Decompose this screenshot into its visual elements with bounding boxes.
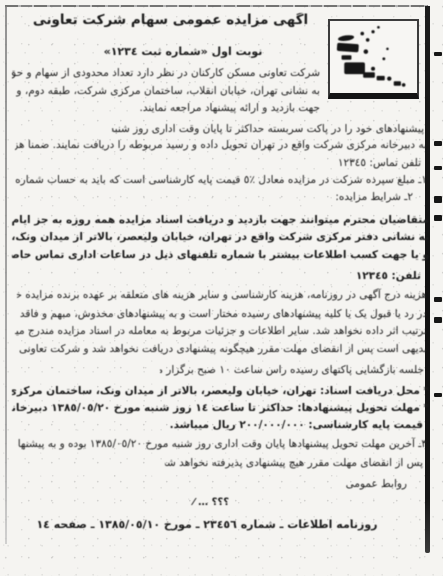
text-line: ١ـ مبلغ سپرده شرکت در مزایده معادل ٪٥ قی… (14, 173, 427, 187)
notice-title: آگهی مزایده عمومی سهام شرکت تعاونی (23, 13, 318, 27)
separator-line: ؟؟؟ … ⁄ (170, 496, 252, 510)
text-line: پس از انقضای مهلت مقرر هیچ پیشنهادی پذیر… (165, 456, 423, 470)
text-line: تلفن: ١٢٣٤٥ (317, 269, 421, 283)
text-line: ترتیب اثر داده نخواهد شد. سایر اطلاعات و… (15, 324, 427, 338)
notice-border-top (5, 5, 428, 7)
text-line: * محل دریافت اسناد: تهران، خیابان ولیعصر… (12, 384, 429, 398)
text-line: ٢ـ شرایط مزایده: (301, 190, 413, 204)
cutoff-text-mark (434, 317, 442, 323)
text-line: جلسه بازگشایی پاکتهای رسیده راس ساعت ١٠ … (160, 363, 424, 377)
notice-subtitle: نوبت اول «شماره ثبت ١٢٣٤» (58, 45, 308, 59)
masthead-emblem-icon (330, 21, 417, 93)
text-line: ٣ـ آخرین مهلت تحویل پیشنهادها پایان وقت … (17, 437, 427, 451)
text-line: پیشنهادهای خود را در پاکت سربسته حداکثر … (112, 122, 424, 136)
cutoff-text-mark (434, 393, 442, 397)
text-line: به نشانی تهران، خیابان انقلاب، ساختمان م… (16, 84, 320, 98)
source-footer-line: روزنامه اطلاعات ـ شماره ٢٣٤٥٦ ـ مورخ ١٣٨… (14, 518, 400, 532)
text-line: هزینه درج آگهی در روزنامه، هزینه کارشناس… (17, 288, 427, 302)
cutoff-text-mark (434, 297, 442, 302)
text-line: تلفن تماس: ١٢٣٤٥ (299, 156, 421, 170)
text-line: به نشانی دفتر مرکزی شرکت واقع در تهران، … (12, 230, 429, 244)
cutoff-text-mark (434, 52, 442, 56)
cutoff-text-mark (434, 196, 442, 203)
cutoff-text-mark (434, 215, 442, 221)
masthead-emblem-box (328, 19, 419, 99)
text-line: متقاضیان محترم میتوانند جهت بازدید و دری… (12, 213, 429, 227)
cutoff-text-mark (434, 166, 442, 170)
column-rule (425, 6, 430, 553)
text-line: بدیهی است پس از انقضای مهلت مقرر هیچگونه… (17, 342, 427, 356)
text-line: قیمت پایه کارشناسی: ٢٠٠/٠٠٠/٠٠٠ ریال میب… (137, 418, 423, 432)
signature-line: روابط عمومی (307, 477, 407, 491)
text-line: و یا جهت کسب اطلاعات بیشتر با شماره تلفن… (12, 248, 429, 262)
scan-page: آگهی مزایده عمومی سهام شرکت تعاونینوبت ا… (0, 0, 443, 576)
text-line: به دبیرخانه مرکزی شرکت واقع در تهران تحو… (15, 138, 427, 152)
text-line: جهت بازدید و ارائه پیشنهاد مراجعه نمایند… (82, 101, 320, 115)
text-line: در رد یا قبول یک یا کلیه پیشنهادهای رسید… (17, 307, 427, 321)
text-line: شرکت تعاونی مسکن کارکنان در نظر دارد تعد… (12, 66, 320, 80)
text-line: * مهلت تحویل پیشنهادها: حداکثر تا ساعت ١… (12, 401, 429, 415)
cutoff-text-mark (434, 141, 442, 146)
notice-border-left (5, 6, 7, 544)
